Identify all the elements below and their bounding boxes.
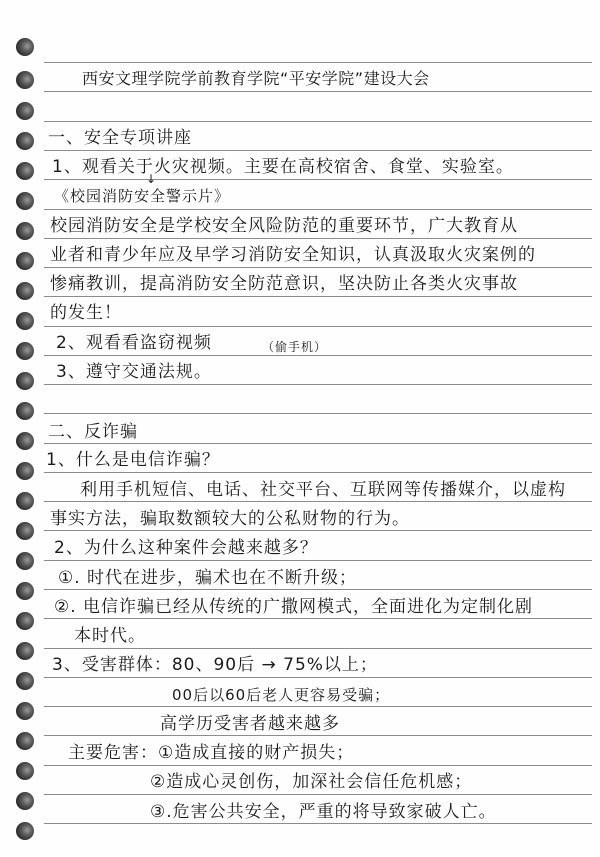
binding-hole-icon <box>16 252 34 270</box>
section-item-label: 3、遵守交通法规。 <box>56 361 212 383</box>
section-item-label: 3、受害群体：80、90后 → 75%以上； <box>52 654 378 676</box>
sub-line: 00后以60后老人更容易受骗； <box>172 684 390 706</box>
binding-hole-icon <box>16 582 34 600</box>
binding-hole-icon <box>16 552 34 570</box>
binding-hole-icon <box>16 672 34 690</box>
list-point: ②. 电信诈骗已经从传统的广撒网模式，全面进化为定制化剧 <box>54 596 533 618</box>
ruled-line <box>44 179 592 180</box>
binding-hole-icon <box>16 702 34 720</box>
ruled-line <box>44 209 592 210</box>
ruled-line <box>44 384 592 385</box>
ruled-line <box>44 413 592 414</box>
binding-hole-icon <box>16 282 34 300</box>
binding-hole-icon <box>16 492 34 510</box>
paragraph-line: 事实方法，骗取数额较大的公私财物的行为。 <box>50 508 410 530</box>
binding-hole-icon <box>16 38 34 56</box>
ruled-line <box>44 706 592 707</box>
binding-hole-icon <box>16 71 34 89</box>
binding-hole-icon <box>16 342 34 360</box>
ruled-line <box>44 589 592 590</box>
paragraph-line: 利用手机短信、电话、社交平台、互联网等传播媒介，以虚构 <box>80 479 566 501</box>
binding-hole-icon <box>16 222 34 240</box>
section-item-label: 2、为什么这种案件会越来越多？ <box>54 537 318 559</box>
section-heading: 一、安全专项讲座 <box>48 127 192 149</box>
ruled-line <box>44 560 592 561</box>
ruled-line <box>44 443 592 444</box>
ruled-line <box>44 267 592 268</box>
binding-hole-icon <box>16 102 34 120</box>
ruled-line <box>44 121 592 122</box>
section-item-label: 2、观看看盗窃视频 <box>56 332 212 354</box>
page-title: 西安文理学院学前教育学院“平安学院”建设大会 <box>82 68 430 90</box>
ruled-line <box>44 648 592 649</box>
ruled-line <box>44 618 592 619</box>
ruled-line <box>44 823 592 824</box>
ruled-line <box>44 794 592 795</box>
binding-hole-icon <box>16 162 34 180</box>
binding-hole-icon <box>16 522 34 540</box>
binding-hole-icon <box>16 792 34 810</box>
paragraph-line: 校园消防安全是学校安全风险防范的重要环节，广大教育从 <box>50 215 518 237</box>
binding-hole-icon <box>16 462 34 480</box>
ruled-line <box>44 62 592 63</box>
binding-hole-icon <box>16 642 34 660</box>
list-point: ①. 时代在进步，骗术也在不断升级； <box>58 567 357 589</box>
binding-hole-icon <box>16 612 34 630</box>
binding-hole-icon <box>16 192 34 210</box>
binding-hole-icon <box>16 762 34 780</box>
binding-hole-icon <box>16 732 34 750</box>
list-point-continued: 本时代。 <box>74 625 146 647</box>
insert-note: 《校园消防安全警示片》 <box>54 185 230 207</box>
ruled-line <box>44 326 592 327</box>
binding-hole-icon <box>16 312 34 330</box>
paragraph-line: 的发生！ <box>50 302 122 324</box>
section-item-label: 主要危害：①造成直接的财产损失； <box>68 742 354 764</box>
insert-caret-icon: ↓ <box>146 172 156 186</box>
ruled-line <box>44 91 592 92</box>
item-note: （偷手机） <box>262 336 327 358</box>
paragraph-line: 业者和青少年应及早学习消防安全知识，认真汲取火灾案例的 <box>50 244 536 266</box>
ruled-line <box>44 296 592 297</box>
notebook-page: 西安文理学院学前教育学院“平安学院”建设大会 一、安全专项讲座 1、观看关于火灾… <box>0 0 600 857</box>
ruled-line <box>44 530 592 531</box>
binding-hole-icon <box>16 822 34 840</box>
ruled-line <box>44 150 592 151</box>
sub-line: ②造成心灵创伤，加深社会信任危机感； <box>150 771 472 793</box>
section-item-label: 1、什么是电信诈骗？ <box>46 449 220 471</box>
binding-hole-icon <box>16 402 34 420</box>
ruled-line <box>44 735 592 736</box>
binding-hole-icon <box>16 132 34 150</box>
sub-line: 高学历受害者越来越多 <box>160 713 340 735</box>
ruled-line <box>44 501 592 502</box>
section-item-label: 1、观看关于火灾视频。主要在高校宿舍、食堂、实验室。 <box>52 156 514 178</box>
section-heading: 二、反诈骗 <box>48 421 138 443</box>
ruled-line <box>44 472 592 473</box>
ruled-line <box>44 677 592 678</box>
binding-hole-icon <box>16 372 34 390</box>
sub-line: ③.危害公共安全，严重的将导致家破人亡。 <box>150 801 497 823</box>
ruled-line <box>44 238 592 239</box>
paragraph-line: 惨痛教训，提高消防安全防范意识，坚决防止各类火灾事故 <box>50 273 518 295</box>
ruled-line <box>44 765 592 766</box>
binding-hole-icon <box>16 432 34 450</box>
